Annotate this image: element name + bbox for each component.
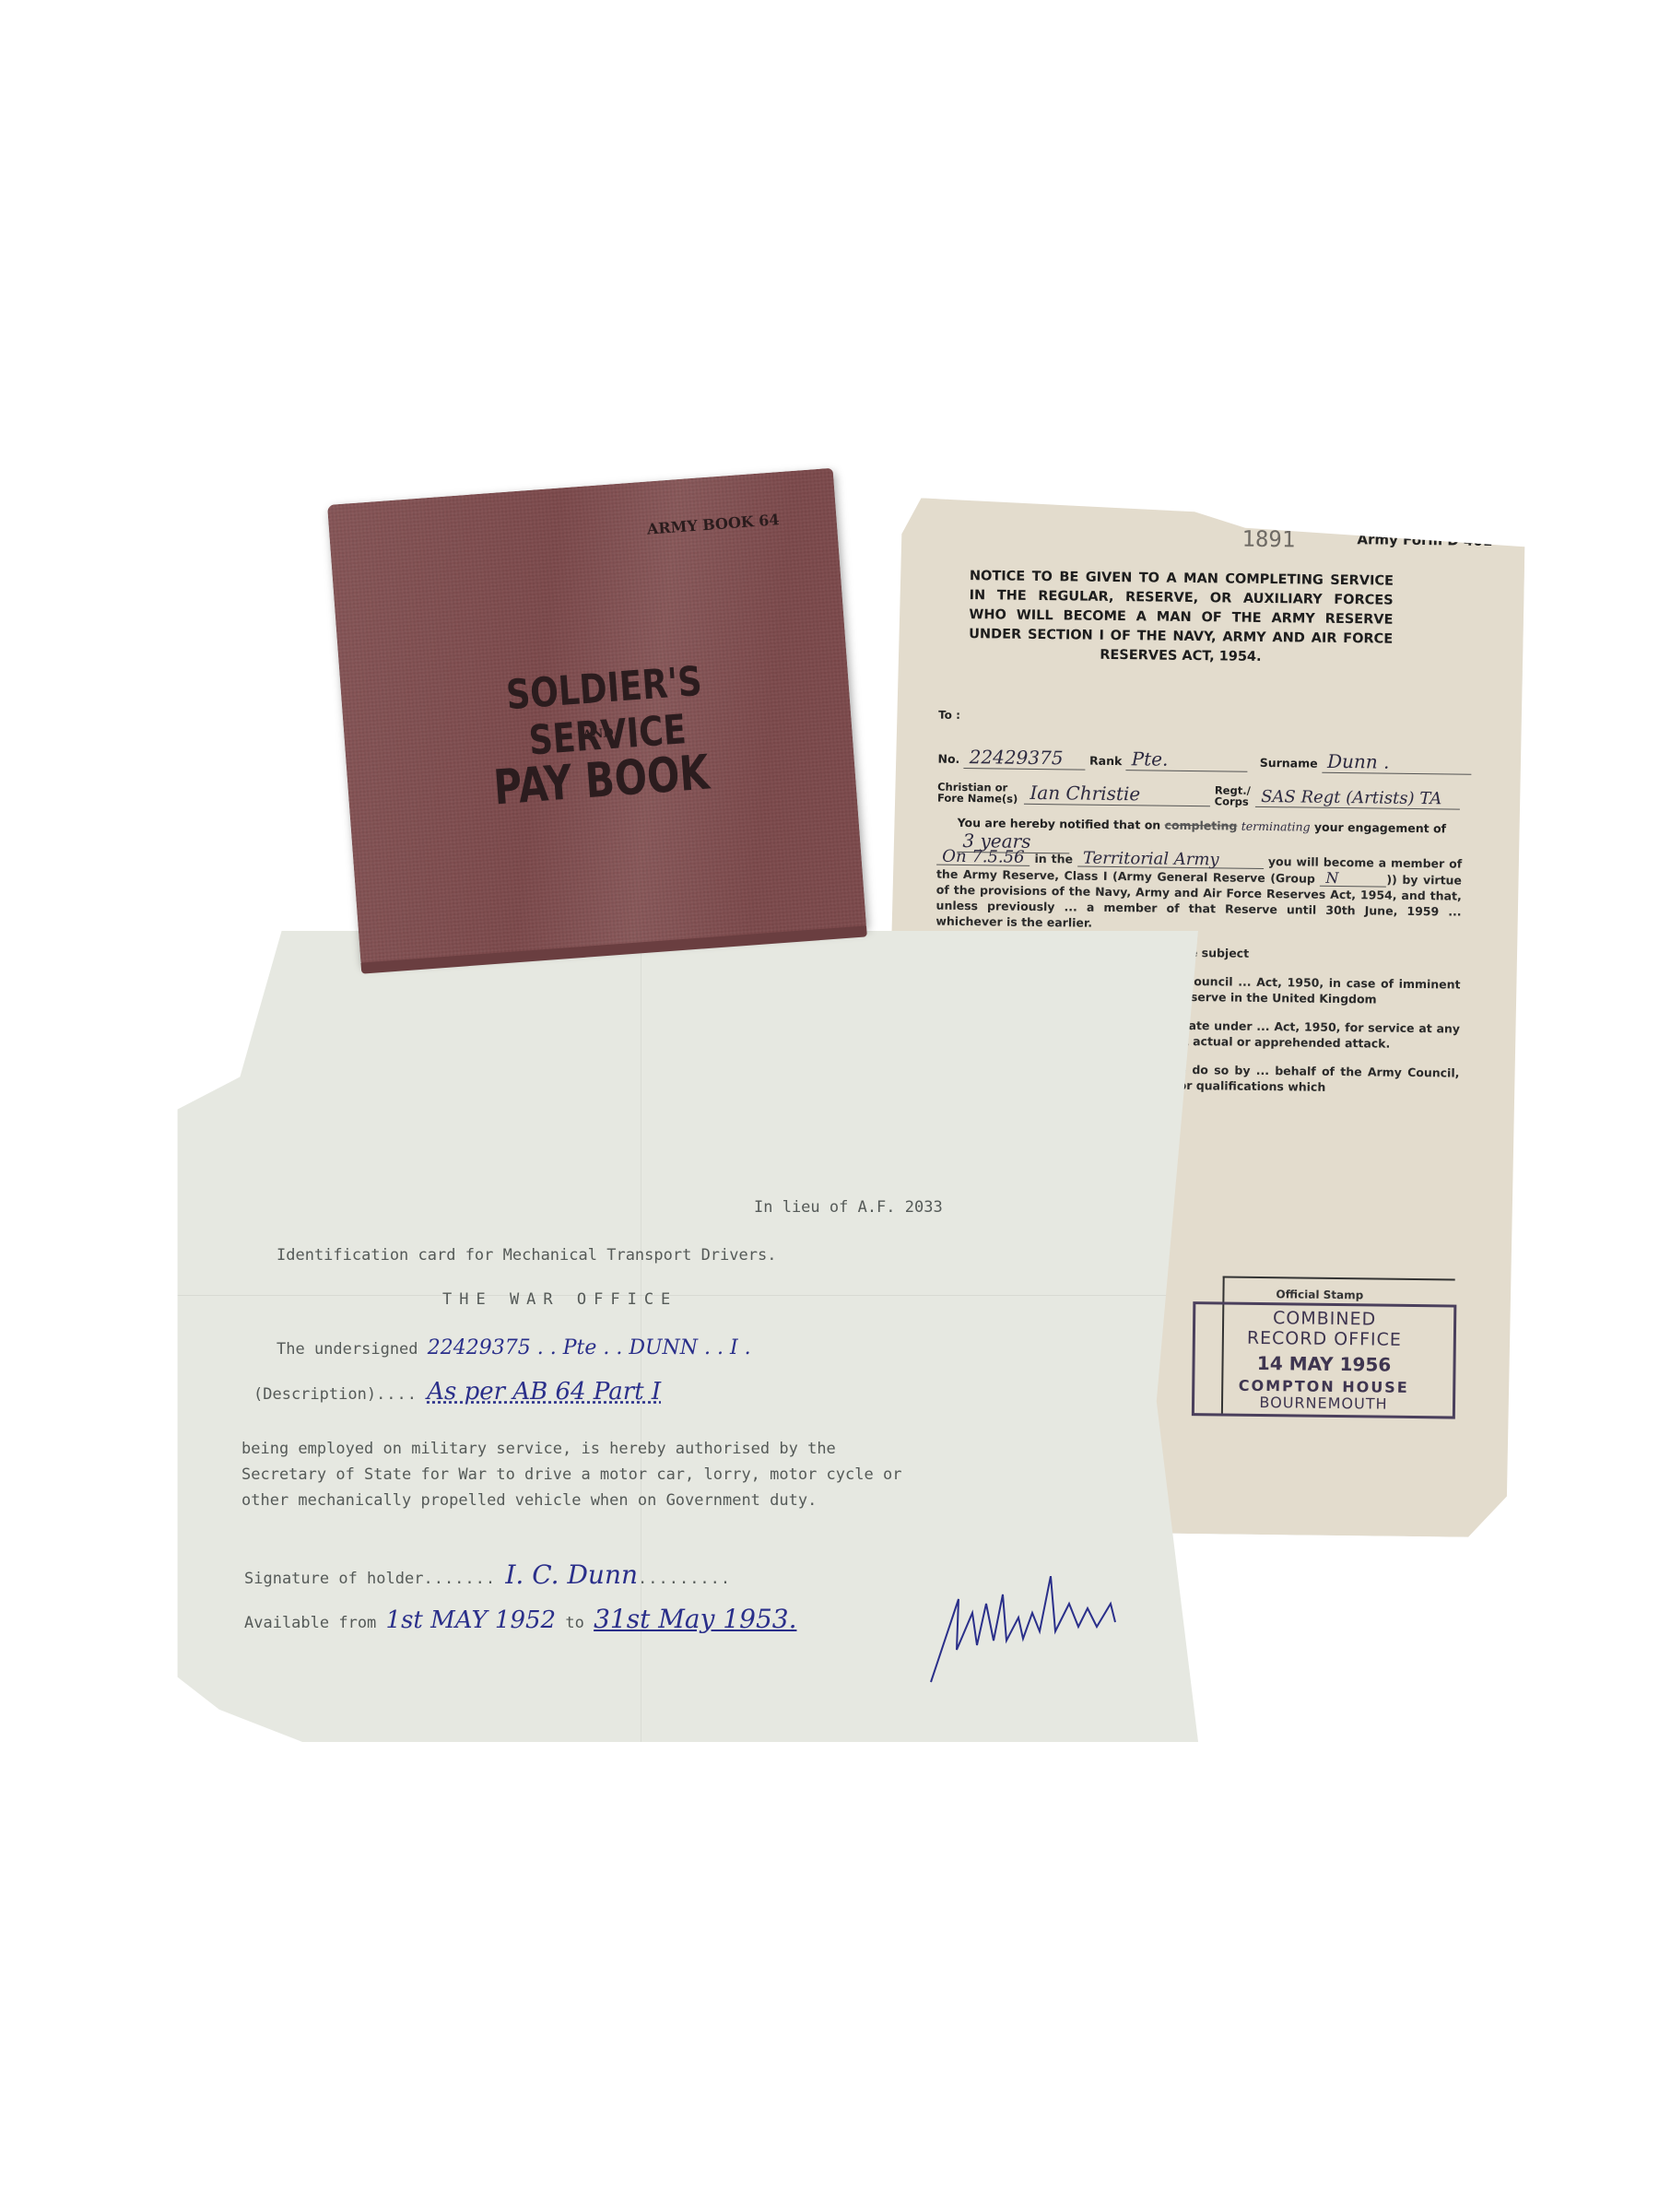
holder-signature-label: Signature of holder	[244, 1570, 423, 1588]
regt-value: SAS Regt (Artists) TA	[1255, 787, 1460, 810]
holder-signature-row: Signature of holder....... I. C. Dunn...…	[244, 1559, 731, 1590]
undersigned-label: The undersigned	[276, 1340, 418, 1359]
soldiers-pay-book: ARMY BOOK 64 SOLDIER'S SERVICE AND PAY B…	[327, 468, 866, 965]
description-label: (Description)	[253, 1385, 376, 1404]
description-value: As per AB 64 Part I	[427, 1378, 661, 1406]
names-row: Christian or Fore Name(s) Ian Christie R…	[937, 781, 1460, 810]
record-office-stamp: COMBINED RECORD OFFICE 14 MAY 1956 COMPT…	[1192, 1301, 1456, 1418]
surname-label: Surname	[1260, 756, 1318, 771]
no-label: No.	[937, 752, 959, 766]
number-rank-row: No. 22429375 Rank Pte. Surname Dunn .	[937, 746, 1471, 775]
christian-name-value: Ian Christie	[1024, 782, 1210, 806]
stamp-date: 14 MAY 1956	[1194, 1352, 1453, 1376]
validity-to-label: to	[565, 1614, 583, 1632]
service-number: 22429375	[964, 746, 1086, 771]
stamp-line-5: BOURNEMOUTH	[1194, 1394, 1453, 1414]
mt-driver-id-card: In lieu of A.F. 2033 Identification card…	[157, 931, 1198, 1742]
undersigned-value: 22429375 . . Pte . . DUNN . . I .	[428, 1336, 751, 1359]
rank-value: Pte.	[1126, 747, 1248, 772]
form-number: Army Form D 401	[1357, 531, 1492, 549]
form-heading: NOTICE TO BE GIVEN TO A MAN COMPLETING S…	[969, 567, 1394, 669]
to-label: To :	[938, 709, 960, 722]
official-stamp-label: Official Stamp	[1276, 1288, 1363, 1301]
description-row: (Description).... As per AB 64 Part I	[253, 1378, 661, 1406]
christian-name-label: Christian or Fore Name(s)	[937, 782, 1020, 805]
card-reference: In lieu of A.F. 2033	[754, 1198, 943, 1217]
valid-from: 1st MAY 1952	[386, 1606, 557, 1634]
form-serial-number: 1891	[1241, 526, 1295, 553]
authorisation-text: being employed on military service, is h…	[241, 1436, 905, 1513]
book-code: ARMY BOOK 64	[646, 511, 780, 537]
rank-label: Rank	[1089, 754, 1122, 768]
surname-value: Dunn .	[1322, 750, 1471, 775]
validity-row: Available from 1st MAY 1952 to 31st May …	[244, 1604, 796, 1634]
war-office-heading: THE WAR OFFICE	[442, 1290, 677, 1309]
regt-label: Regt./ Corps	[1215, 784, 1252, 806]
validity-label: Available from	[244, 1614, 376, 1632]
correction-word: terminating	[1241, 819, 1311, 834]
card-title: Identification card for Mechanical Trans…	[276, 1246, 776, 1265]
holder-signature: I. C. Dunn	[505, 1559, 638, 1590]
undersigned-row: The undersigned 22429375 . . Pte . . DUN…	[276, 1336, 751, 1359]
force-name: Territorial Army	[1077, 851, 1264, 869]
struck-word: completing	[1164, 818, 1237, 833]
group-value: N	[1320, 870, 1386, 888]
completion-date: On 7.5.56	[936, 849, 1030, 866]
valid-to: 31st May 1953.	[594, 1604, 796, 1634]
officer-signature	[922, 1576, 1124, 1687]
stamp-line-2: RECORD OFFICE	[1195, 1328, 1453, 1351]
